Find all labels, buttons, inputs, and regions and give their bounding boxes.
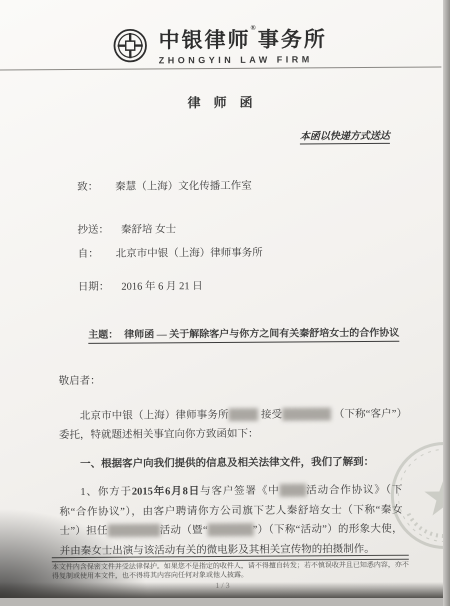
item-1-text: 活动（暨“ bbox=[159, 525, 207, 536]
registered-trademark-icon: ® bbox=[250, 24, 257, 32]
field-from: 自：北京市中银（上海）律师事务所 bbox=[78, 245, 263, 261]
firm-name-cn: 中银律师®事务所 bbox=[158, 23, 326, 54]
salutation: 敬启者： bbox=[59, 373, 101, 388]
field-cc-value: 秦舒培 女士 bbox=[121, 224, 176, 235]
firm-names: 中银律师®事务所 ZHONGYIN LAW FIRM bbox=[158, 23, 327, 65]
field-from-label: 自： bbox=[78, 246, 104, 261]
redaction: ███████▌ bbox=[282, 409, 334, 420]
field-cc-label: 抄送： bbox=[77, 222, 109, 237]
letterhead-divider bbox=[0, 66, 441, 70]
letter-page: 中银律师®事务所 ZHONGYIN LAW FIRM 律师函 本函以快递方式送达… bbox=[0, 0, 443, 598]
redaction: ███████ bbox=[208, 525, 253, 536]
subject-text: 律师函 — 关于解除客户与你方之间有关秦舒培女士的合作协议 bbox=[124, 328, 399, 341]
subject-line: 主题：律师函 — 关于解除客户与你方之间有关秦舒培女士的合作协议 bbox=[88, 324, 399, 341]
law-firm-seal-stamp bbox=[384, 435, 450, 556]
intro-paragraph: 北京市中银（上海）律师事务所████▌接受███████▌（下称“客户”）委托，… bbox=[59, 405, 402, 445]
intro-text: 北京市中银（上海）律师事务所 bbox=[80, 410, 229, 422]
intro-text: 接受 bbox=[261, 410, 282, 421]
letter-photo: 中银律师®事务所 ZHONGYIN LAW FIRM 律师函 本函以快递方式送达… bbox=[0, 0, 450, 606]
field-to: 致：秦慧（上海）文化传播工作室 bbox=[77, 178, 252, 194]
field-date: 日期：2016 年 6 月 21 日 bbox=[78, 278, 203, 294]
subject-label: 主题： bbox=[88, 330, 118, 341]
agreement-date: 2015年6月8日 bbox=[132, 486, 200, 497]
zhongyin-logo-icon bbox=[112, 27, 148, 63]
item-1-text: 与客户签署《中 bbox=[200, 486, 280, 498]
delivery-method-note: 本函以快递方式送达 bbox=[300, 127, 390, 145]
redaction: ████▌ bbox=[229, 410, 261, 421]
letterhead: 中银律师®事务所 ZHONGYIN LAW FIRM bbox=[0, 22, 441, 66]
letter-title: 律师函 bbox=[0, 90, 442, 112]
photo-shadow-bottom bbox=[0, 582, 443, 598]
photo-background-edge bbox=[443, 0, 450, 606]
field-from-value: 北京市中银（上海）律师事务所 bbox=[116, 248, 263, 260]
field-cc: 抄送：秦舒培 女士 bbox=[77, 221, 176, 237]
section-heading: 一、根据客户向我们提供的信息及相关法律文件，我们了解到： bbox=[59, 453, 402, 474]
field-date-label: 日期： bbox=[78, 279, 110, 294]
redaction: ████ bbox=[280, 485, 306, 496]
field-date-value: 2016 年 6 月 21 日 bbox=[121, 281, 202, 293]
field-to-value: 秦慧（上海）文化传播工作室 bbox=[115, 181, 252, 193]
firm-name-en: ZHONGYIN LAW FIRM bbox=[159, 54, 327, 65]
item-1-text: 1、你方于 bbox=[80, 487, 132, 498]
field-to-label: 致： bbox=[77, 179, 103, 194]
